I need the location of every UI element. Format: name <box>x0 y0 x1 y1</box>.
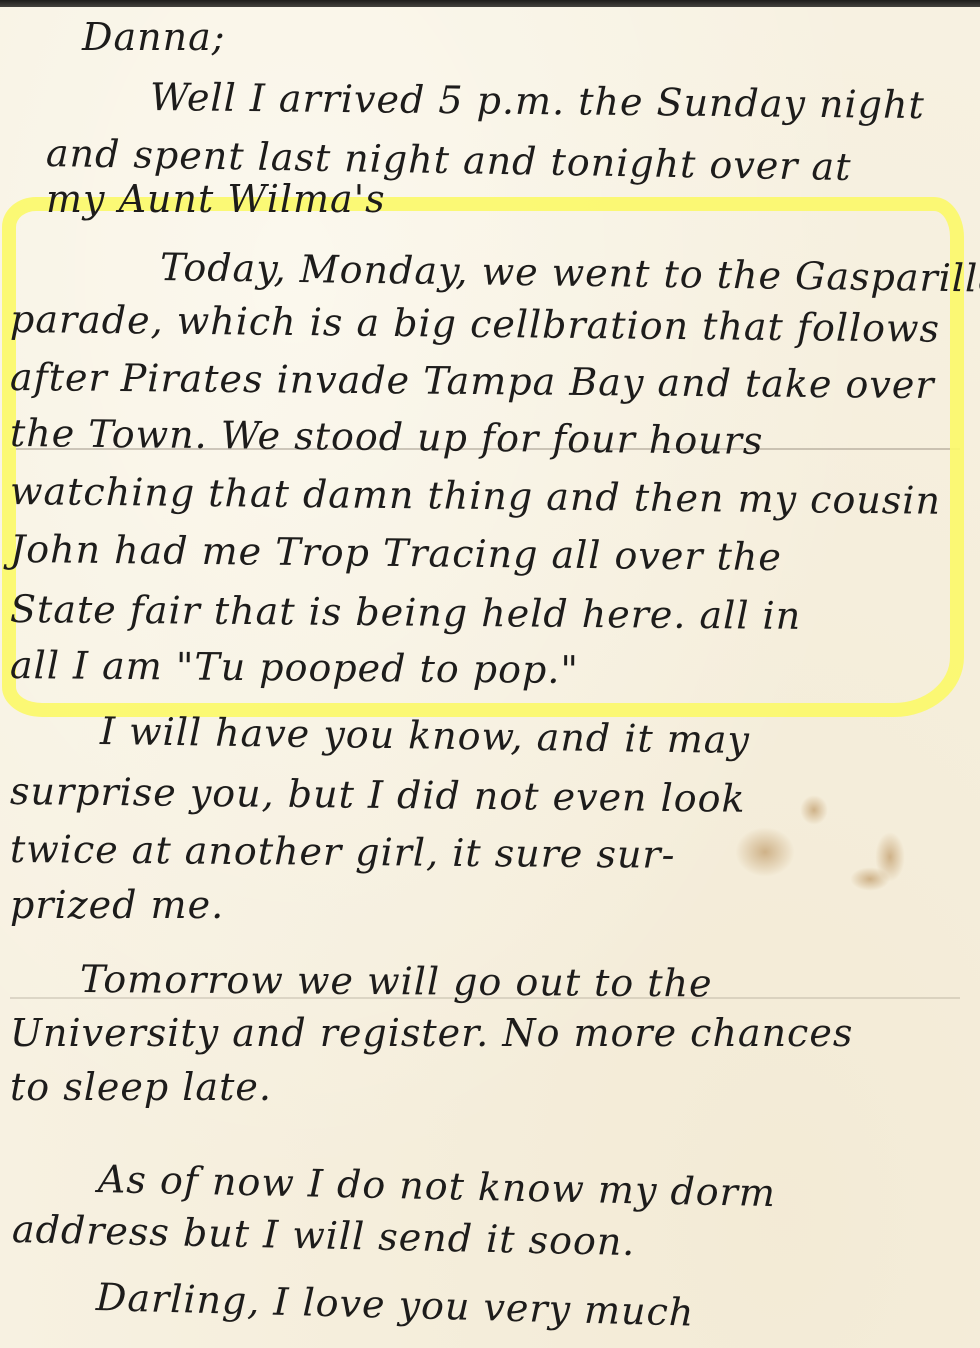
letter-line: the Town. We stood up for four hours <box>10 411 764 463</box>
letter-line: I will have you know, and it may <box>100 709 751 762</box>
letter-line: Tomorrow we will go out to the <box>80 957 713 1005</box>
letter-line: watching that damn thing and then my cou… <box>10 469 941 523</box>
coffee-stain <box>735 827 795 877</box>
letter-line: Well I arrived 5 p.m. the Sunday night <box>150 75 925 127</box>
salutation: Danna; <box>82 15 226 59</box>
letter-line: to sleep late. <box>10 1065 272 1109</box>
letter-line: Today, Monday, we went to the Gasparilla <box>160 245 980 301</box>
coffee-stain <box>800 795 828 825</box>
letter-line: As of now I do not know my dorm <box>98 1157 777 1215</box>
letter-line: parade, which is a big cellbration that … <box>10 297 941 351</box>
coffee-stain <box>850 867 890 891</box>
letter-line: address but I will send it soon. <box>12 1207 636 1264</box>
letter-line: John had me Trop Tracing all over the <box>10 527 782 579</box>
letter-line: after Pirates invade Tampa Bay and take … <box>10 355 935 407</box>
letter-page: Danna; Well I arrived 5 p.m. the Sunday … <box>0 7 980 1348</box>
letter-line: State fair that is being held here. all … <box>10 587 802 638</box>
letter-line: my Aunt Wilma's <box>46 177 386 221</box>
letter-line: prized me. <box>10 883 224 927</box>
letter-line: Darling, I love you very much <box>95 1275 694 1335</box>
letter-line: surprise you, but I did not even look <box>10 769 746 821</box>
letter-line: all I am "Tu pooped to pop." <box>10 643 579 692</box>
letter-line: University and register. No more chances <box>10 1011 853 1055</box>
letter-line: twice at another girl, it sure sur- <box>10 827 676 877</box>
